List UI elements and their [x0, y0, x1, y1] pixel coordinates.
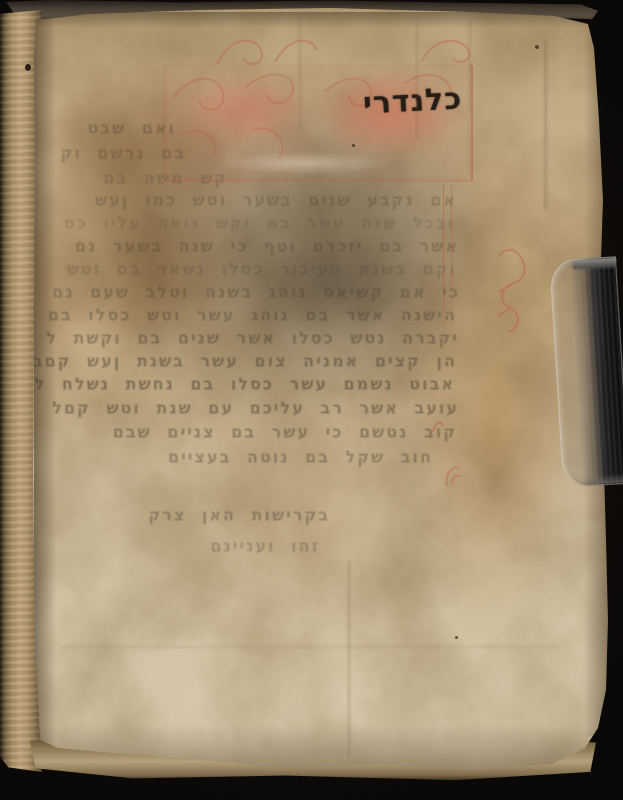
manuscript-text-line: ואם שבט	[87, 118, 176, 138]
gutter-shadow	[34, 16, 56, 756]
clamp-bottom-gloss	[589, 473, 623, 484]
ink-speck	[352, 144, 355, 147]
crease-line	[60, 646, 560, 648]
text-block: ואם שבטבם נרשם וקקש משה בםאם נקבע שנים ב…	[0, 0, 623, 800]
manuscript-text-line: קש משה בם	[103, 168, 228, 188]
ink-speck	[535, 45, 539, 49]
crease-line	[416, 18, 418, 140]
manuscript-text-line: וקם בשנת העיבור כסלו נשאר בם וטש	[67, 259, 457, 279]
manuscript-text-line: בקרישות האן צרק	[148, 505, 330, 525]
parchment-hole	[25, 64, 31, 71]
crease-line	[544, 40, 547, 210]
top-edge-shadow	[36, 12, 596, 28]
manuscript-text-line: חוב שקל בם נוטה בעציים	[168, 447, 433, 467]
manuscript-text-line: עועב אשר רב עליכם עם שנת וטש קםל	[52, 398, 459, 418]
ink-speck	[455, 636, 458, 639]
manuscript-text-line: הישנה אשר בם נוהג עשר וטש כסלו בם	[48, 305, 457, 325]
glass-clamp	[549, 256, 623, 488]
manuscript-text-line: הן קצים אמניה צום עשר בשנת ןעש קםב	[33, 351, 457, 371]
manuscript-text-line: זהו ועניינם	[210, 536, 320, 556]
crease-line	[469, 20, 471, 110]
manuscript-text-line: קוב נטשם כי עשר בם צניים שבם	[113, 422, 457, 442]
manuscript-page: כלנדרי ואם שבטבם נרשם וקקש משה בםאם נקבע…	[0, 0, 623, 800]
manuscript-photo: כלנדרי ואם שבטבם נרשם וקקש משה בםאם נקבע…	[0, 0, 623, 800]
manuscript-text-line: אם נקבע שנים בשער וטש כמו ןעש	[95, 190, 457, 210]
manuscript-text-line: יקברה נטש כסלו אשר שנים בם וקשת ל	[46, 328, 459, 348]
manuscript-text-line: בם נרשם וק	[61, 143, 186, 163]
manuscript-text-line: אבוט נשמם עשר כסלו בם נחשת נשלח לב	[23, 374, 455, 394]
crease-line	[299, 18, 301, 130]
manuscript-text-line: כי אם קשיאס נוהג בשנה וטלב שעם גם	[52, 282, 460, 302]
manuscript-text-line: אשר בם יזכרם וטף כי שנה בשער נם	[75, 236, 459, 256]
manuscript-text-line: ובכל שנה עשר בם וקש נוטה עליו כס	[64, 213, 455, 233]
clamp-streaks	[572, 256, 623, 486]
